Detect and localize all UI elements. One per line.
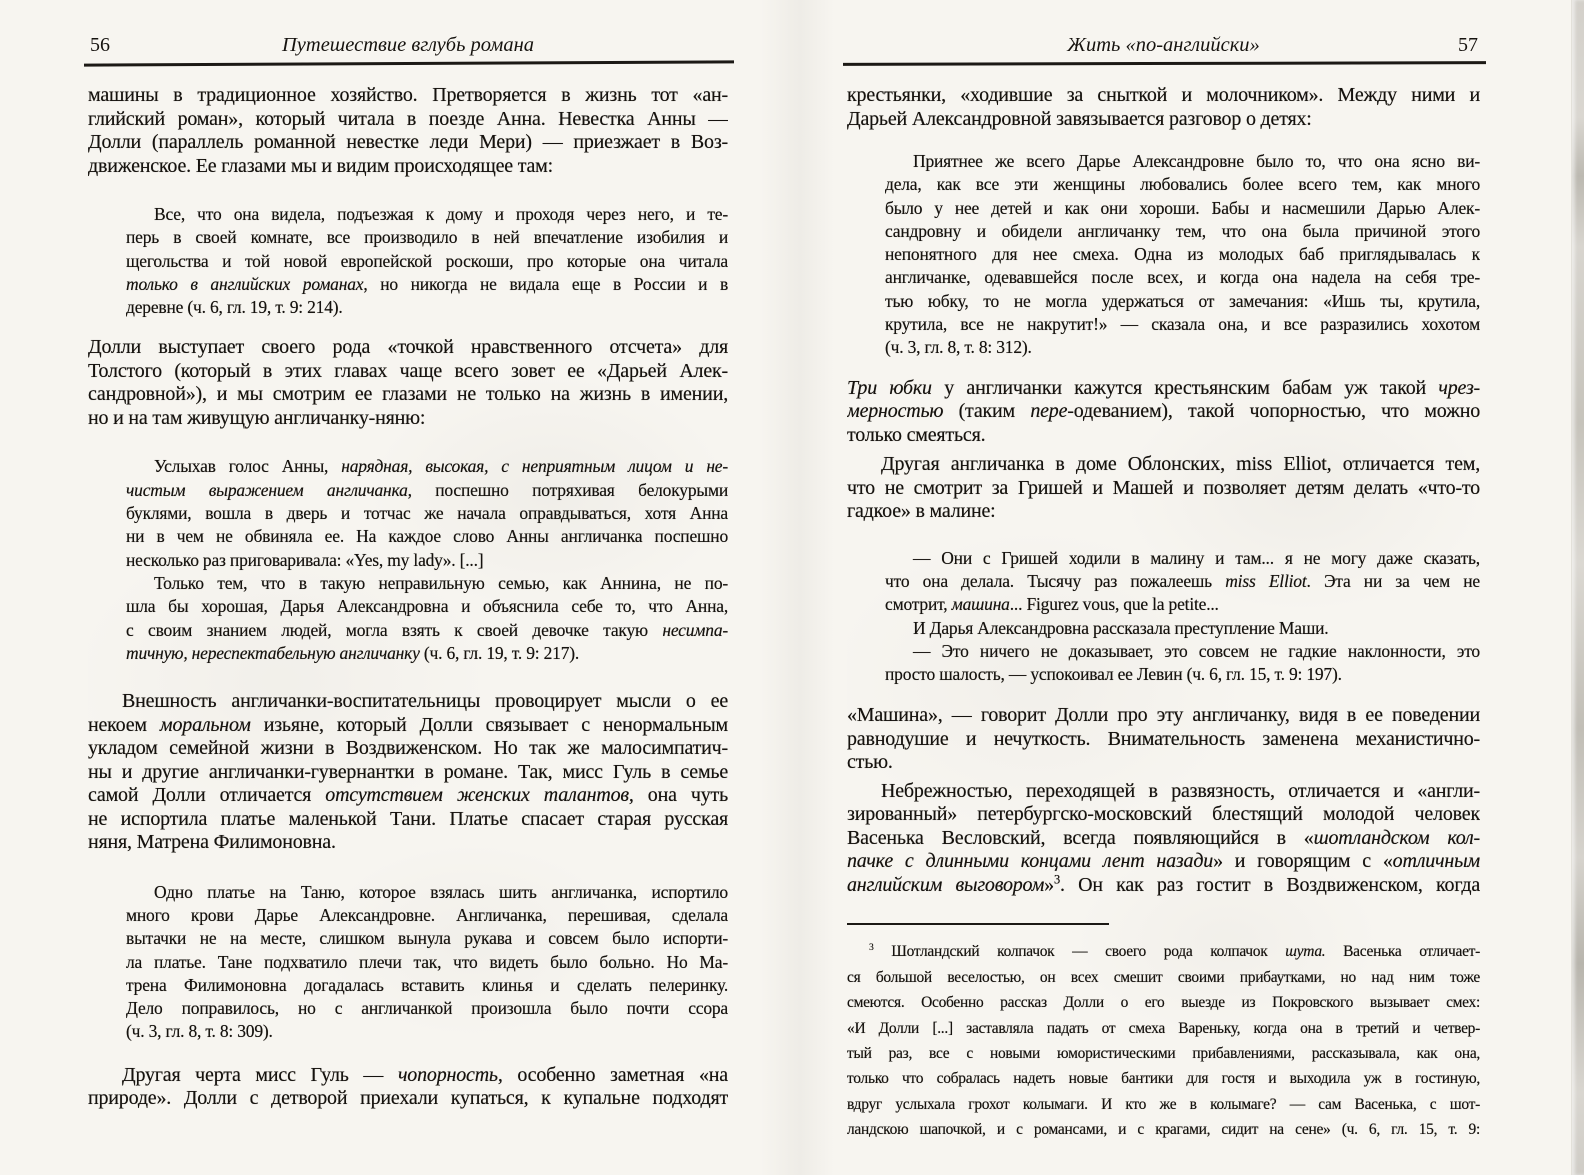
text-line: самой Долли отличается отсутствием женск…	[88, 784, 728, 808]
text: укладом семейной жизни в Воздвиженском. …	[88, 737, 728, 759]
text-line: что она делала. Тысячу раз пожалеешь mis…	[885, 570, 1480, 593]
text-line: няня, Матрена Филимоновна.	[88, 831, 728, 855]
text-line: Другая черта мисс Гуль — чопорность, осо…	[88, 1064, 728, 1088]
text-line: мерностью (таким пере-одеванием), такой …	[847, 400, 1480, 424]
text: Дарьей Александровной завязывается разго…	[847, 108, 1312, 130]
running-head-title-right: Жить «по-английски»	[847, 34, 1480, 57]
text-line: буклями, вошла в дверь и тотчас же начал…	[126, 502, 728, 525]
text-line: тью юбку, то не могла удержаться от заме…	[885, 290, 1480, 313]
running-head-title-left: Путешествие вглубь романа	[88, 34, 728, 57]
text: непонятного для нее смеха. Одна из молод…	[885, 244, 1480, 264]
text: некоем	[88, 714, 160, 736]
text-line: Дело поправилось, но с англичанкой произ…	[126, 997, 728, 1020]
text-line: зированный» петербургско-московский блес…	[847, 803, 1480, 827]
text: сандровной»), и мы смотрим ее глазами не…	[88, 383, 728, 405]
text-line: трена Филимоновна догадалась вставить кл…	[126, 974, 728, 997]
text: Дело поправилось, но с англичанкой произ…	[126, 998, 728, 1018]
page-right: Жить «по-английски» 57 крестьянки, «ходи…	[847, 0, 1480, 1175]
text: няня, Матрена Филимоновна.	[88, 831, 336, 853]
text-line: машины в традиционное хозяйство. Претвор…	[88, 84, 728, 108]
italic-text: шута.	[1285, 943, 1325, 960]
text: тый раз, все с новыми юмористическими пр…	[847, 1045, 1480, 1062]
text-line: «И Долли [...] заставляла падать от смех…	[847, 1016, 1480, 1041]
paragraph: Три юбки у англичанки кажутся крестьянск…	[847, 377, 1480, 448]
text: смеются. Особенно рассказ Долли о его вы…	[847, 994, 1480, 1011]
text: буклями, вошла в дверь и тотчас же начал…	[126, 503, 728, 523]
text-line: шла бы хорошая, Дарья Александровна и об…	[126, 595, 728, 618]
text: тью юбку, то не могла удержаться от заме…	[885, 291, 1480, 311]
text-line: Все, что она видела, подъезжая к дому и …	[126, 203, 728, 226]
italic-text: пачке с длинными концами лент назади	[847, 850, 1213, 872]
text-line: несколько раз приговаривала: «Yes, my la…	[126, 549, 728, 572]
text: глийский роман», который читала в поезде…	[88, 108, 728, 130]
text-line: Услыхав голос Анны, нарядная, высокая, с…	[126, 455, 728, 478]
text-line: вытачки не на месте, слишком вынула рука…	[126, 927, 728, 950]
text-line: тый раз, все с новыми юмористическими пр…	[847, 1041, 1480, 1066]
text-line: укладом семейной жизни в Воздвиженском. …	[88, 737, 728, 761]
text-line: некоем моральном изьяне, который Долли с…	[88, 714, 728, 738]
text: деревне (ч. 6, гл. 19, т. 9: 214).	[126, 297, 343, 317]
text: смотрит,	[885, 594, 952, 614]
italic-text: чистым выражением англичанка,	[126, 480, 435, 500]
text: Васенька отличает-	[1325, 943, 1480, 960]
text-line: ландскою шапочкой, и с романсами, и с кр…	[847, 1117, 1480, 1142]
text: Шотландский колпачок — своего рода колпа…	[874, 943, 1286, 960]
italic-text: только в английских романах	[126, 274, 363, 294]
paragraph: Другая черта мисс Гуль — чопорность, осо…	[88, 1064, 728, 1111]
text: Долли (параллель романной невестке леди …	[88, 131, 728, 153]
text-line: Только тем, что в такую неправильную сем…	[126, 572, 728, 595]
text: стью.	[847, 751, 893, 773]
italic-text: несимпа-	[662, 620, 728, 640]
book-edge-shadow	[1571, 0, 1584, 1175]
text: трена Филимоновна догадалась вставить кл…	[126, 975, 728, 995]
text-line: не испортила платье маленькой Тани. Плат…	[88, 808, 728, 832]
header-rule-right	[843, 61, 1486, 65]
text: но и на там живущую англичанку-няню:	[88, 407, 425, 429]
text: дела, как все эти женщины любовались бол…	[885, 174, 1480, 194]
text-line: сандровной»), и мы смотрим ее глазами не…	[88, 383, 728, 407]
text: несколько раз приговаривала: «Yes, my la…	[126, 550, 483, 570]
text: ландскою шапочкой, и с романсами, и с кр…	[847, 1121, 1480, 1138]
text-line: Васенька Весловский, всегда появляющийся…	[847, 827, 1480, 851]
text-line: равнодушие и нечуткость. Внимательность …	[847, 728, 1480, 752]
text: было у нее детей и как они хороши. Бабы …	[885, 198, 1480, 218]
paragraph: Долли выступает своего рода «точкой нрав…	[88, 336, 728, 430]
text-line: тичную, нереспектабельную англичанку (ч.…	[126, 642, 728, 665]
italic-text: отсутствием женских талантов,	[325, 784, 633, 806]
text: ни в чем не обвиняла ее. На каждое слово…	[126, 526, 728, 546]
text: «Машина», — говорит Долли про эту англич…	[847, 704, 1480, 726]
text-line: Небрежностью, переходящей в развязность,…	[847, 780, 1480, 804]
paragraph: «Машина», — говорит Долли про эту англич…	[847, 704, 1480, 775]
paragraph: Небрежностью, переходящей в развязность,…	[847, 780, 1480, 898]
text-line: ся большой веселостью, он всех смешит св…	[847, 965, 1480, 990]
text: ... Figurez vous, que la petite...	[1010, 594, 1219, 614]
text: не испортила платье маленькой Тани. Плат…	[88, 808, 728, 830]
text: Другая черта мисс Гуль —	[122, 1064, 398, 1086]
header-rule-left	[84, 60, 734, 66]
text-line: что не смотрит за Гришей и Машей и позво…	[847, 477, 1480, 501]
text: только смеяться.	[847, 424, 985, 446]
running-header-right: Жить «по-английски» 57	[847, 0, 1480, 64]
text: что не смотрит за Гришей и Машей и позво…	[847, 477, 1480, 499]
text: . Он как раз гостит в Воздвиженском, ког…	[1060, 874, 1480, 896]
text-line: гадкое» в малине:	[847, 500, 1480, 524]
text: особенно заметная «на	[503, 1064, 728, 1086]
text-line: Толстого (который в этих главах чаще все…	[88, 360, 728, 384]
text-line: деревне (ч. 6, гл. 19, т. 9: 214).	[126, 296, 728, 319]
italic-text: английским выговором	[847, 874, 1044, 896]
text-line: (ч. 3, гл. 8, т. 8: 312).	[885, 336, 1480, 359]
text-line: стью.	[847, 751, 1480, 775]
paragraph: крестьянки, «ходившие за сныткой и молоч…	[847, 84, 1480, 131]
text: Внешность англичанки-воспитательницы про…	[122, 690, 728, 712]
block-quote: Все, что она видела, подъезжая к дому и …	[126, 203, 728, 319]
text-line: Долли выступает своего рода «точкой нрав…	[88, 336, 728, 360]
text: природе». Долли с детворой приехали купа…	[88, 1087, 728, 1109]
block-quote: — Они с Гришей ходили в малину и там... …	[885, 547, 1480, 687]
text: Приятнее же всего Дарье Александровне бы…	[913, 151, 1480, 171]
text: «И Долли [...] заставляла падать от смех…	[847, 1020, 1480, 1037]
text: одеванием), такой чопорностью, что можно	[1074, 400, 1480, 422]
text-line: крутила, все не накрутит!» — сказала она…	[885, 313, 1480, 336]
text: , но никогда не видала еще в России и в	[363, 274, 728, 294]
page-left: 56 Путешествие вглубь романа машины в тр…	[88, 0, 728, 1175]
text: равнодушие и нечуткость. Внимательность …	[847, 728, 1480, 750]
text-line: пачке с длинными концами лент назади» и …	[847, 850, 1480, 874]
text-line: Долли (параллель романной невестке леди …	[88, 131, 728, 155]
text-line: сандровну и обидели англичанку тем, что …	[885, 220, 1480, 243]
text: ся большой веселостью, он всех смешит св…	[847, 969, 1480, 986]
text-line: Три юбки у англичанки кажутся крестьянск…	[847, 377, 1480, 401]
running-header-left: 56 Путешествие вглубь романа	[88, 0, 728, 64]
text: (ч. 3, гл. 8, т. 8: 309).	[126, 1021, 273, 1041]
text: » и говорящим с «	[1213, 850, 1393, 872]
text: движенское. Ее глазами мы и видим происх…	[88, 155, 553, 177]
text-line: дела, как все эти женщины любовались бол…	[885, 173, 1480, 196]
block-quote: Приятнее же всего Дарье Александровне бы…	[885, 150, 1480, 360]
text-line: Дарьей Александровной завязывается разго…	[847, 108, 1480, 132]
text: только что собралась надеть новые бантик…	[847, 1070, 1480, 1087]
text-line: только в английских романах, но никогда …	[126, 273, 728, 296]
text-line: «Машина», — говорит Долли про эту англич…	[847, 704, 1480, 728]
text-line: Внешность англичанки-воспитательницы про…	[88, 690, 728, 714]
text-line: глийский роман», который читала в поезде…	[88, 108, 728, 132]
text-line: много крови Дарье Александровне. Англича…	[126, 904, 728, 927]
text-line: вдруг услыхала грохот колымаги. И кто же…	[847, 1092, 1480, 1117]
text: И Дарья Александровна рассказала преступ…	[913, 618, 1328, 638]
text-line: — Они с Гришей ходили в малину и там... …	[885, 547, 1480, 570]
text: шла бы хорошая, Дарья Александровна и об…	[126, 596, 728, 616]
text-line: крестьянки, «ходившие за сныткой и молоч…	[847, 84, 1480, 108]
text-line: ла платье. Тане подхватило плечи так, чт…	[126, 951, 728, 974]
text-line: И Дарья Александровна рассказала преступ…	[885, 617, 1480, 640]
text-line: (ч. 3, гл. 8, т. 8: 309).	[126, 1020, 728, 1043]
text-line: смотрит, машина... Figurez vous, que la …	[885, 593, 1480, 616]
text-line: Приятнее же всего Дарье Александровне бы…	[885, 150, 1480, 173]
text: перь в своей комнате, все производило в …	[126, 227, 728, 247]
text: ла платье. Тане подхватило плечи так, чт…	[126, 952, 728, 972]
text-line: только смеяться.	[847, 424, 1480, 448]
text: — Это ничего не доказывает, это совсем н…	[913, 641, 1480, 661]
paragraph: машины в традиционное хозяйство. Претвор…	[88, 84, 728, 178]
text: щегольства и той новой европейской роско…	[126, 251, 728, 271]
italic-text: машина	[952, 594, 1010, 614]
text-line: чистым выражением англичанка, поспешно п…	[126, 479, 728, 502]
text: сандровну и обидели англичанку тем, что …	[885, 221, 1480, 241]
text-line: — Это ничего не доказывает, это совсем н…	[885, 640, 1480, 663]
text: много крови Дарье Александровне. Англича…	[126, 905, 728, 925]
text: машины в традиционное хозяйство. Претвор…	[88, 84, 728, 106]
italic-text: пере-	[1030, 400, 1073, 422]
text: поспешно потряхивая белокурыми	[435, 480, 728, 500]
text: (таким	[943, 400, 1030, 422]
text: . Эта ни за чем не	[1307, 571, 1480, 591]
italic-text: моральном	[160, 714, 251, 736]
text-line: Одно платье на Таню, которое взялась шит…	[126, 881, 728, 904]
text-line: смеются. Особенно рассказ Долли о его вы…	[847, 990, 1480, 1015]
italic-text: тичную, нереспектабельную англичанку	[126, 643, 420, 663]
text: ны и другие англичанки-гувернантки в ром…	[88, 761, 728, 783]
text-column-right: крестьянки, «ходившие за сныткой и молоч…	[847, 84, 1480, 1143]
text-line: только что собралась надеть новые бантик…	[847, 1066, 1480, 1091]
text: крестьянки, «ходившие за сныткой и молоч…	[847, 84, 1480, 106]
text-line: движенское. Ее глазами мы и видим происх…	[88, 155, 728, 179]
text: что она делала. Тысячу раз пожалеешь	[885, 571, 1225, 591]
text: »	[1044, 874, 1054, 896]
paragraph: Другая англичанка в доме Облонских, miss…	[847, 453, 1480, 524]
text: Васенька Весловский, всегда появляющийся…	[847, 827, 1314, 849]
text-line: но и на там живущую англичанку-няню:	[88, 407, 728, 431]
text-line: англичанке, одевавшейся после всех, и ко…	[885, 266, 1480, 289]
text-line: просто шалость, — успокоивал ее Левин (ч…	[885, 663, 1480, 686]
text: — Они с Гришей ходили в малину и там... …	[913, 548, 1480, 568]
text: Другая англичанка в доме Облонских, miss…	[881, 453, 1480, 475]
block-quote: Услыхав голос Анны, нарядная, высокая, с…	[126, 455, 728, 665]
text: Толстого (который в этих главах чаще все…	[88, 360, 728, 382]
text: Долли выступает своего рода «точкой нрав…	[88, 336, 728, 358]
text: с своим знанием людей, могла взять к сво…	[126, 620, 662, 640]
text-line: ни в чем не обвиняла ее. На каждое слово…	[126, 525, 728, 548]
text: изьяне, который Долли связывает с ненорм…	[251, 714, 728, 736]
footnote-rule	[847, 923, 1109, 925]
text-line: английским выговором»3. Он как раз гости…	[847, 874, 1480, 898]
italic-text: мерностью	[847, 400, 943, 422]
italic-text: чопорность,	[398, 1064, 503, 1086]
italic-text: miss Elliot	[1225, 571, 1306, 591]
text: Только тем, что в такую неправильную сем…	[154, 573, 728, 593]
italic-text: Три юбки	[847, 377, 932, 399]
italic-text: шотландском кол-	[1314, 827, 1480, 849]
text-line: Другая англичанка в доме Облонских, miss…	[847, 453, 1480, 477]
text: самой Долли отличается	[88, 784, 325, 806]
text-line: природе». Долли с детворой приехали купа…	[88, 1087, 728, 1111]
page-number-right: 57	[1458, 34, 1478, 57]
text: крутила, все не накрутит!» — сказала она…	[885, 314, 1480, 334]
text: Одно платье на Таню, которое взялась шит…	[154, 882, 728, 902]
footnote: 3 Шотландский колпачок — своего рода кол…	[847, 939, 1480, 1142]
text: она чуть	[634, 784, 728, 806]
text-line: непонятного для нее смеха. Одна из молод…	[885, 243, 1480, 266]
text-line: ны и другие англичанки-гувернантки в ром…	[88, 761, 728, 785]
text-line: 3 Шотландский колпачок — своего рода кол…	[847, 939, 1480, 964]
italic-text: отличным	[1393, 850, 1480, 872]
text: Небрежностью, переходящей в развязность,…	[881, 780, 1480, 802]
text-line: было у нее детей и как они хороши. Бабы …	[885, 197, 1480, 220]
text: зированный» петербургско-московский блес…	[847, 803, 1480, 825]
text: (ч. 3, гл. 8, т. 8: 312).	[885, 337, 1032, 357]
text: просто шалость, — успокоивал ее Левин (ч…	[885, 664, 1342, 684]
text-line: перь в своей комнате, все производило в …	[126, 226, 728, 249]
text: вытачки не на месте, слишком вынула рука…	[126, 928, 728, 948]
text: (ч. 6, гл. 19, т. 9: 217).	[420, 643, 579, 663]
paragraph: Внешность англичанки-воспитательницы про…	[88, 690, 728, 855]
text-line: с своим знанием людей, могла взять к сво…	[126, 619, 728, 642]
text-line: щегольства и той новой европейской роско…	[126, 250, 728, 273]
text: у англичанки кажутся крестьянским бабам …	[932, 377, 1439, 399]
italic-text: нарядная, высокая, с неприятным лицом и …	[341, 456, 728, 476]
text: Все, что она видела, подъезжая к дому и …	[154, 204, 728, 224]
page-gutter-shadow	[760, 0, 834, 1175]
text: гадкое» в малине:	[847, 500, 996, 522]
text: англичанке, одевавшейся после всех, и ко…	[885, 267, 1480, 287]
block-quote: Одно платье на Таню, которое взялась шит…	[126, 881, 728, 1044]
text: вдруг услыхала грохот колымаги. И кто же…	[847, 1096, 1480, 1113]
text-column-left: машины в традиционное хозяйство. Претвор…	[88, 84, 728, 1111]
italic-text: чрез-	[1438, 377, 1480, 399]
text: Услыхав голос Анны,	[154, 456, 341, 476]
